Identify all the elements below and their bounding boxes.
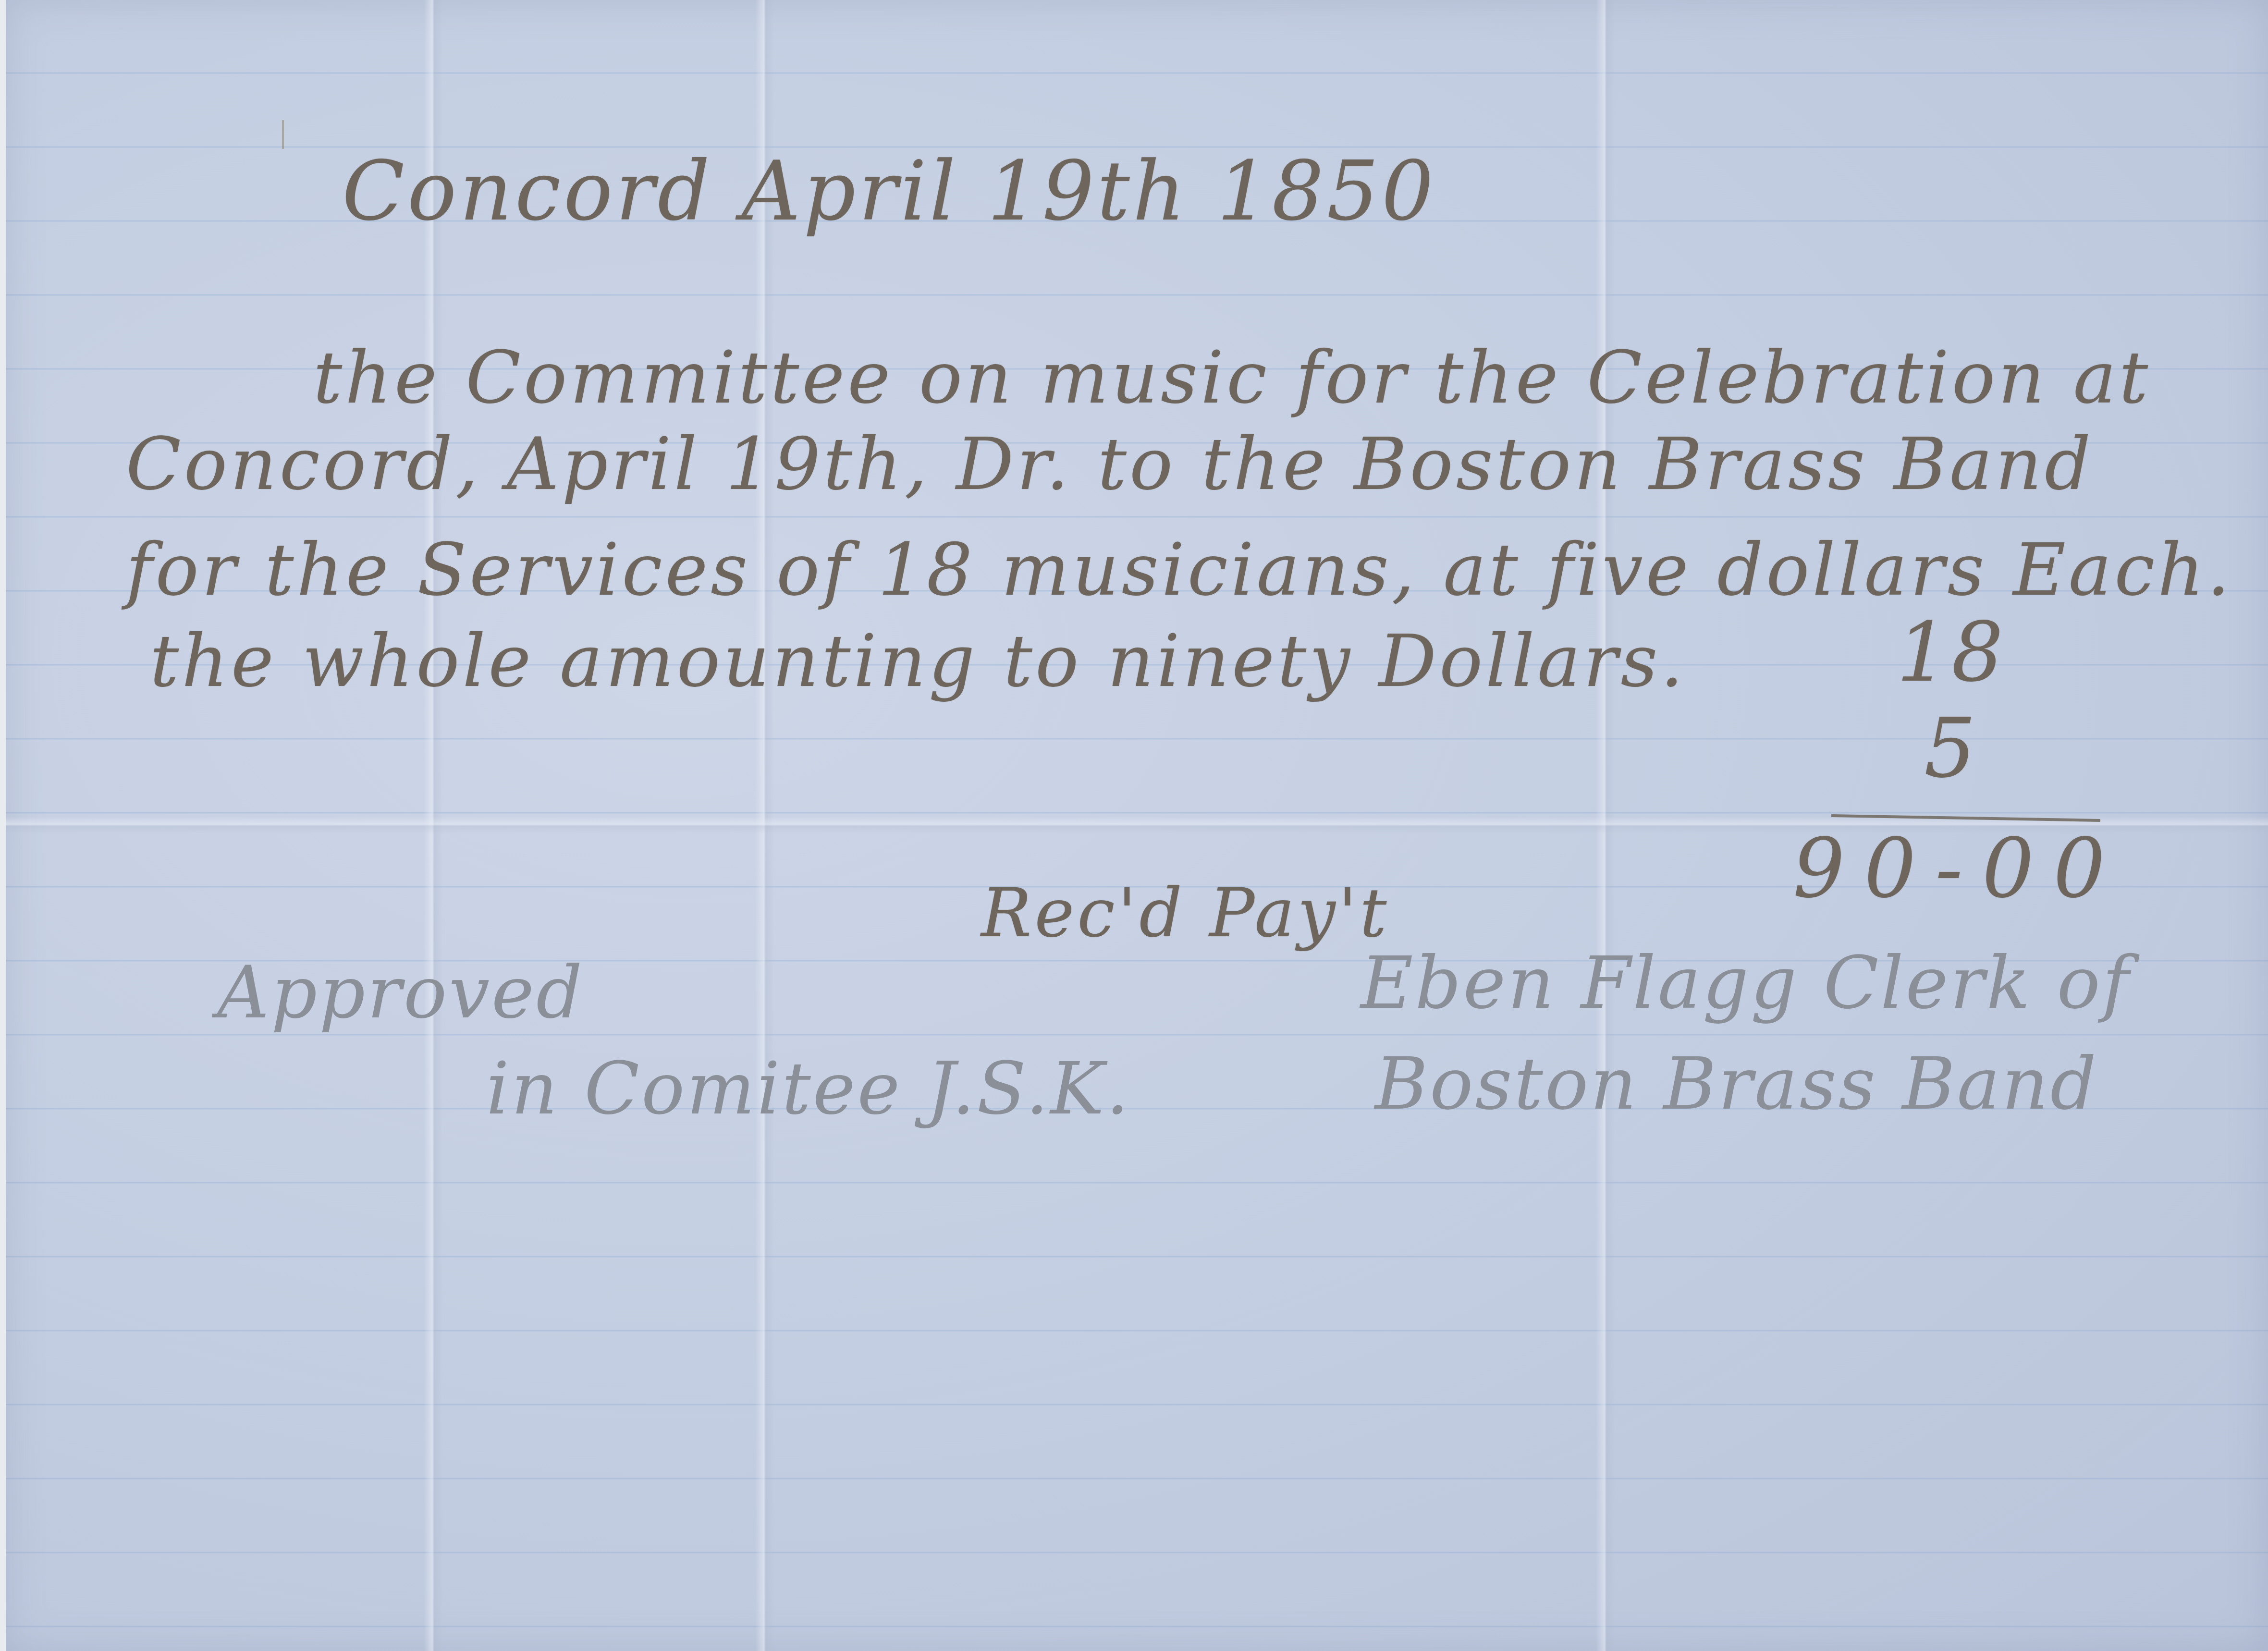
body-line: the whole amounting to ninety Dollars. xyxy=(150,620,1686,703)
document-paper: Concord April 19th 1850 the Committee on… xyxy=(6,0,2268,1651)
signature-line-2: Boston Brass Band xyxy=(1375,1042,2098,1126)
calc-multiplicand: 18 xyxy=(1783,605,2120,700)
body-line: for the Services of 18 musicians, at fiv… xyxy=(126,528,2233,612)
ink-mark xyxy=(282,120,284,149)
body-line: the Committee on music for the Celebrati… xyxy=(313,336,2151,420)
body-line: Concord, April 19th, Dr. to the Boston B… xyxy=(126,423,2094,506)
payment-received-note: Rec'd Pay't xyxy=(981,874,1390,953)
approval-initials: in Comitee J.S.K. xyxy=(486,1047,1131,1131)
signature-line-1: Eben Flagg Clerk of xyxy=(1361,942,2131,1025)
calc-multiplier: 5 xyxy=(1783,701,2120,796)
approval-label: Approved xyxy=(217,951,584,1035)
calc-total: 90-00 xyxy=(1793,821,2124,917)
document-heading: Concord April 19th 1850 xyxy=(342,144,1436,239)
